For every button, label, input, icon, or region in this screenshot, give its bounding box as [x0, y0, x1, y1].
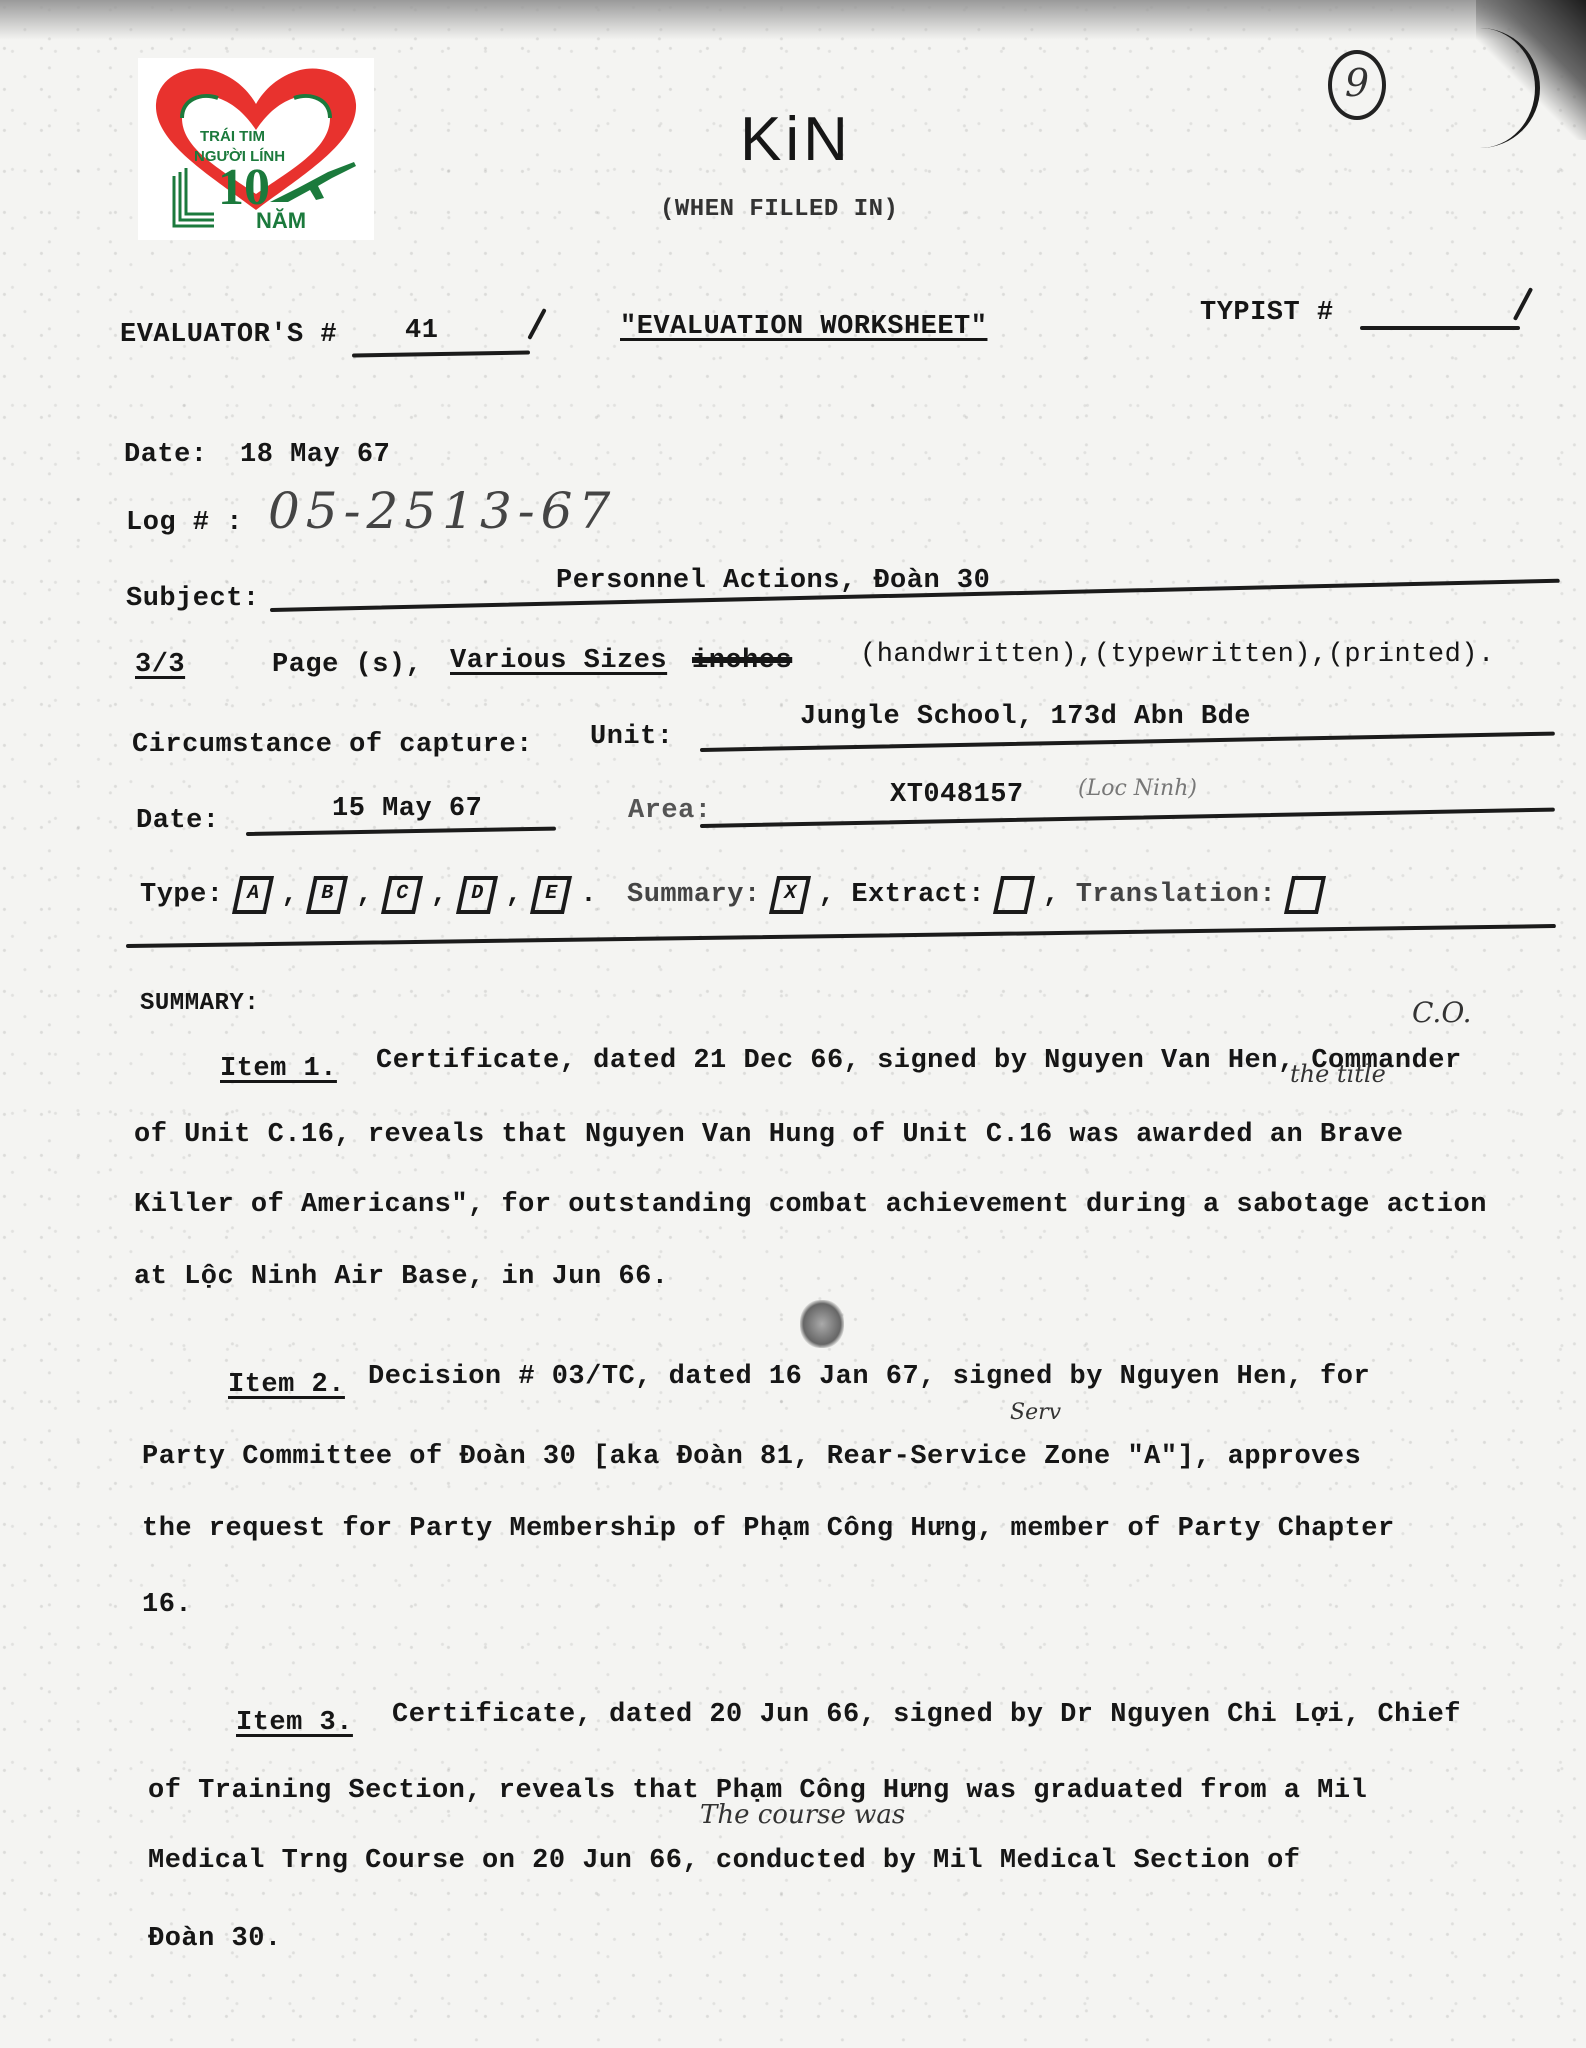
sizes-struck: inches	[692, 646, 792, 676]
item-3-line-1: Certificate, dated 20 Jun 66, signed by …	[392, 1700, 1461, 1730]
item-1-line-3: Killer of Americans", for outstanding co…	[134, 1190, 1487, 1220]
log-label: Log # :	[126, 508, 243, 538]
paper-texture	[0, 0, 1586, 2048]
extract-option-label: Extract:	[851, 880, 985, 910]
item-3-line-4: Đoàn 30.	[148, 1924, 282, 1954]
capture-date-label: Date:	[136, 806, 220, 836]
area-label: Area:	[628, 796, 712, 826]
unit-underline	[700, 732, 1555, 752]
item-1-line-2: of Unit C.16, reveals that Nguyen Van Hu…	[134, 1120, 1403, 1150]
item-3-annotation: The course was	[700, 1800, 905, 1830]
item-1-annotation-co: C.O.	[1412, 996, 1472, 1029]
item-2-line-3: the request for Party Membership of Phạm…	[142, 1514, 1395, 1544]
item-2-label: Item 2.	[228, 1370, 345, 1400]
pages-count: 3/3	[135, 650, 185, 680]
type-row: Type: A, B, C, D, E. Summary: X, Extract…	[140, 876, 1324, 914]
summary-option-label: Summary:	[627, 880, 761, 910]
summary-checkbox[interactable]: X	[769, 876, 811, 914]
type-checkbox-b[interactable]: B	[306, 876, 348, 914]
capture-date-underline	[246, 827, 556, 836]
sizes-value: Various Sizes	[450, 646, 667, 676]
item-1-line-4: at Lộc Ninh Air Base, in Jun 66.	[134, 1262, 668, 1292]
subject-label: Subject:	[126, 584, 260, 614]
logo-trai-tim-nguoi-linh: TRÁI TIM NGƯỜI LÍNH 10 NĂM	[138, 58, 374, 240]
evaluator-underline	[352, 350, 530, 357]
paper-stain	[800, 1300, 844, 1348]
area-value: XT048157	[890, 780, 1024, 810]
item-3-line-3: Medical Trng Course on 20 Jun 66, conduc…	[148, 1846, 1300, 1876]
section-divider	[126, 924, 1556, 948]
type-label: Type:	[140, 880, 224, 910]
logo-number: 10	[218, 162, 270, 214]
capture-label: Circumstance of capture:	[132, 730, 533, 760]
form-title: "EVALUATION WORKSHEET"	[620, 312, 987, 342]
date-label: Date:	[124, 440, 208, 470]
item-2-annotation-serv: Serv	[1010, 1400, 1061, 1425]
typist-slash	[1513, 287, 1533, 321]
page-number-marker: 9	[1328, 50, 1386, 120]
logo-word: NĂM	[256, 208, 306, 234]
format-options: (handwritten),(typewritten),(printed).	[860, 640, 1495, 670]
area-underline	[700, 808, 1555, 828]
logo-line-1: TRÁI TIM	[200, 128, 265, 145]
area-note: (Loc Ninh)	[1078, 776, 1197, 801]
capture-date-value: 15 May 67	[332, 794, 482, 824]
item-2-line-4: 16.	[142, 1590, 192, 1620]
log-number: 05-2513-67	[268, 482, 616, 540]
classification-note: (WHEN FILLED IN)	[660, 196, 898, 223]
summary-heading: SUMMARY:	[140, 990, 259, 1017]
translation-checkbox[interactable]	[1284, 876, 1326, 914]
item-1-annotation-title: the title	[1290, 1060, 1386, 1088]
evaluator-label: EVALUATOR'S #	[120, 320, 337, 350]
evaluator-number: 41	[405, 316, 438, 346]
extract-checkbox[interactable]	[993, 876, 1035, 914]
unit-label: Unit:	[590, 722, 674, 752]
classification-marking: KiN	[740, 104, 852, 175]
item-1-label: Item 1.	[220, 1054, 337, 1084]
rifle-icon	[268, 158, 358, 208]
evaluator-slash	[527, 308, 546, 340]
subject-value: Personnel Actions, Đoàn 30	[556, 566, 990, 596]
book-icon	[170, 166, 218, 230]
type-checkbox-c[interactable]: C	[381, 876, 423, 914]
type-checkbox-d[interactable]: D	[456, 876, 498, 914]
unit-value: Jungle School, 173d Abn Bde	[800, 702, 1251, 732]
scan-edge	[0, 0, 1586, 40]
typist-label: TYPIST #	[1200, 298, 1334, 328]
item-2-line-2: Party Committee of Đoàn 30 [aka Đoàn 81,…	[142, 1442, 1361, 1472]
typist-underline	[1360, 326, 1520, 330]
date-value: 18 May 67	[240, 440, 390, 470]
translation-option-label: Translation:	[1076, 880, 1276, 910]
item-3-label: Item 3.	[236, 1708, 353, 1738]
pages-label: Page (s),	[272, 650, 422, 680]
item-2-line-1: Decision # 03/TC, dated 16 Jan 67, signe…	[368, 1362, 1370, 1392]
type-checkbox-e[interactable]: E	[530, 876, 572, 914]
type-checkbox-a[interactable]: A	[231, 876, 273, 914]
